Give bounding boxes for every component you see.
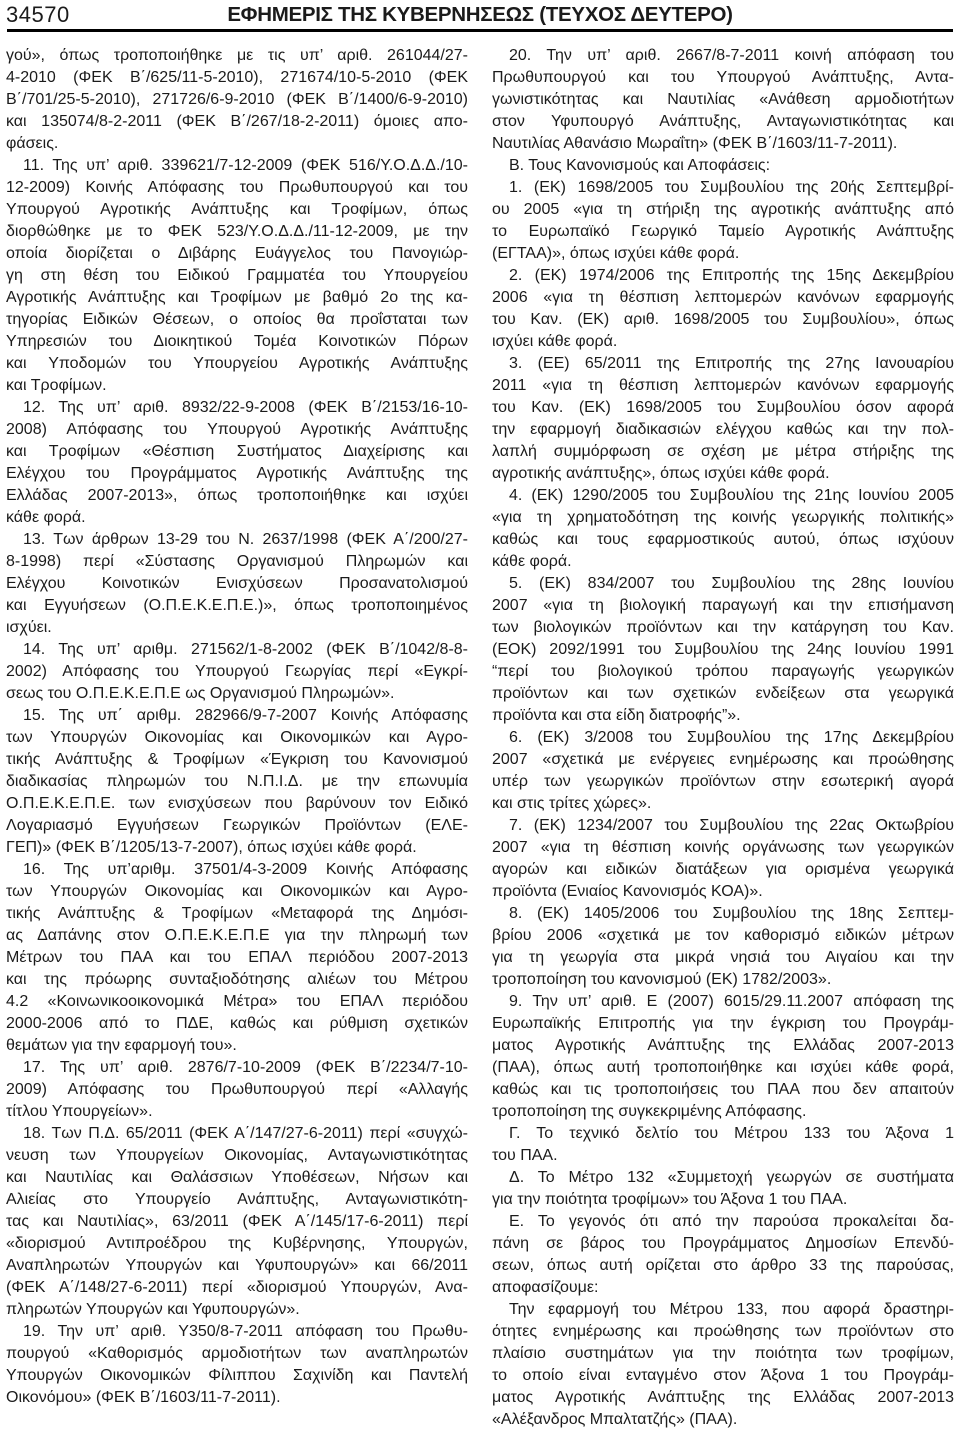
text-line: τίτλου Υπουργείων». bbox=[6, 1101, 468, 1123]
paragraph: 4. (ΕΚ) 1290/2005 του Συμβουλίου της 21η… bbox=[492, 485, 954, 573]
text-line: Ευρωπαϊκής Επιτροπής για την έγκριση του… bbox=[492, 1013, 954, 1035]
text-line: 2011 «για τη θέσπιση λεπτομερών κανόνων … bbox=[492, 375, 954, 397]
text-line: διορθώθηκε με το ΦΕΚ 523/Υ.Ο.Δ.Δ./11-12-… bbox=[6, 221, 468, 243]
page-title: ΕΦΗΜΕΡΙΣ ΤΗΣ ΚΥΒΕΡΝΗΣΕΩΣ (ΤΕΥΧΟΣ ΔΕΥΤΕΡΟ… bbox=[0, 3, 960, 27]
text-line: ισχύει κάθε φορά. bbox=[492, 331, 954, 353]
text-line: και 135074/8-2-2011 (ΦΕΚ Β΄/267/18-2-201… bbox=[6, 111, 468, 133]
text-line: Υπουργού Αγροτικής Ανάπτυξης και Τροφίμω… bbox=[6, 199, 468, 221]
text-line: Ε. Το γεγονός ότι από την παρούσα προκαλ… bbox=[492, 1211, 954, 1233]
text-line: 4. (ΕΚ) 1290/2005 του Συμβουλίου της 21η… bbox=[492, 485, 954, 507]
text-line: 9. Την υπ’ αριθ. Ε (2007) 6015/29.11.200… bbox=[492, 991, 954, 1013]
paragraph: 2. (ΕΚ) 1974/2006 της Επιτροπής της 15ης… bbox=[492, 265, 954, 353]
text-line: «για τη χρηματοδότηση της κοινής γεωργικ… bbox=[492, 507, 954, 529]
text-line: ας Δαπάνης στον Ο.Π.Ε.Κ.Ε.Π.Ε για την πλ… bbox=[6, 925, 468, 947]
text-line: 2007 «για τη θέσπιση κοινής οργάνωσης τω… bbox=[492, 837, 954, 859]
text-line: 20. Την υπ’ αριθ. 2667/8-7-2011 κοινή απ… bbox=[492, 45, 954, 67]
text-line: 16. Της υπ’αριθμ. 37501/4-3-2009 Κοινής … bbox=[6, 859, 468, 881]
text-line: βρίου 2006 «σχετικά με τον καθορισμό ειδ… bbox=[492, 925, 954, 947]
text-line: Την εφαρμογή του Μέτρου 133, που αφορά δ… bbox=[492, 1299, 954, 1321]
text-line: 2006 «για τη θέσπιση λεπτομερών κανόνων … bbox=[492, 287, 954, 309]
text-line: «Αλέξανδρος Μπαλτατζής» (ΠΑΑ). bbox=[492, 1409, 954, 1430]
paragraph: 5. (ΕΚ) 834/2007 του Συμβουλίου της 28ης… bbox=[492, 573, 954, 727]
text-line: γη στη θέση του Ειδικού Γραμματέα του Υπ… bbox=[6, 265, 468, 287]
text-line: και στις τρίτες χώρες». bbox=[492, 793, 954, 815]
text-line: Β΄/701/25-5-2010), 271726/6-9-2010 (ΦΕΚ … bbox=[6, 89, 468, 111]
paragraph: Την εφαρμογή του Μέτρου 133, που αφορά δ… bbox=[492, 1299, 954, 1430]
text-line: καθώς και τις τροποποιήσεις του ΠΑΑ που … bbox=[492, 1079, 954, 1101]
text-line: και της πρόωρης συνταξιοδότησης αλιέων τ… bbox=[6, 969, 468, 991]
text-line: 2000-2006 από το ΠΔΕ, καθώς και ρύθμιση … bbox=[6, 1013, 468, 1035]
text-line: προϊόντων και των σχετικών ενδείξεων στα… bbox=[492, 683, 954, 705]
text-line: για την ποιότητα τροφίμων» του Άξονα 1 τ… bbox=[492, 1189, 954, 1211]
text-line: Γ. Το τεχνικό δελτίο του Μέτρου 133 του … bbox=[492, 1123, 954, 1145]
text-line: στον Υφυπουργό Ανάπτυξης, Ανταγωνιστικότ… bbox=[492, 111, 954, 133]
text-line: ματος Αγροτικής Ανάπτυξης της Ελλάδας 20… bbox=[492, 1035, 954, 1057]
paragraph: γού», όπως τροποποιήθηκε με τις υπ’ αριθ… bbox=[6, 45, 468, 155]
text-line: τας και Ναυτιλίας», 63/2011 (ΦΕΚ Α΄/145/… bbox=[6, 1211, 468, 1233]
text-line: των Υπουργών Οικονομίας και Οικονομικών … bbox=[6, 881, 468, 903]
text-line: 14. Της υπ’ αριθμ. 271562/1-8-2002 (ΦΕΚ … bbox=[6, 639, 468, 661]
text-line: του Καν. (ΕΚ) αριθ. 1698/2005 του Συμβου… bbox=[492, 309, 954, 331]
text-line: 12. Της υπ’ αριθ. 8932/22-9-2008 (ΦΕΚ Β΄… bbox=[6, 397, 468, 419]
paragraph: 3. (ΕΕ) 65/2011 της Επιτροπής της 27ης Ι… bbox=[492, 353, 954, 485]
column-2: 20. Την υπ’ αριθ. 2667/8-7-2011 κοινή απ… bbox=[492, 45, 954, 1430]
gazette-page: 34570 ΕΦΗΜΕΡΙΣ ΤΗΣ ΚΥΒΕΡΝΗΣΕΩΣ (ΤΕΥΧΟΣ Δ… bbox=[0, 0, 960, 1430]
text-line: καθώς και τους εφαρμοστικούς αυτού, όπως… bbox=[492, 529, 954, 551]
paragraph: 8. (ΕΚ) 1405/2006 του Συμβουλίου της 18η… bbox=[492, 903, 954, 991]
text-line: ου 2005 «για τη στήριξη της αγροτικής αν… bbox=[492, 199, 954, 221]
page-header: 34570 ΕΦΗΜΕΡΙΣ ΤΗΣ ΚΥΒΕΡΝΗΣΕΩΣ (ΤΕΥΧΟΣ Δ… bbox=[0, 0, 960, 29]
text-line: γωνιστικότητας και Ναυτιλίας «Ανάθεση αρ… bbox=[492, 89, 954, 111]
text-line: το οποίο είναι ενταγμένο στον Άξονα 1 το… bbox=[492, 1365, 954, 1387]
text-line: Οικονόμου» (ΦΕΚ Β΄/1603/11-7-2011). bbox=[6, 1387, 468, 1409]
column-1: γού», όπως τροποποιήθηκε με τις υπ’ αριθ… bbox=[6, 45, 468, 1430]
text-line: πάνη σε βάρος του Προγράμματος Δημοσίων … bbox=[492, 1233, 954, 1255]
text-line: αποφασίζουμε: bbox=[492, 1277, 954, 1299]
text-line: και Υποδομών του Υπουργείου Αγροτικής Αν… bbox=[6, 353, 468, 375]
text-line: 2007 «σχετικά με ενέργειες ενημέρωσης κα… bbox=[492, 749, 954, 771]
text-line: και Ναυτιλίας και Θαλάσσιων Υποθέσεων, Ν… bbox=[6, 1167, 468, 1189]
text-line: 18. Των Π.Δ. 65/2011 (ΦΕΚ Α΄/147/27-6-20… bbox=[6, 1123, 468, 1145]
paragraph: 17. Της υπ’ αριθ. 2876/7-10-2009 (ΦΕΚ Β΄… bbox=[6, 1057, 468, 1123]
text-line: 4-2010 (ΦΕΚ Β΄/625/11-5-2010), 271674/10… bbox=[6, 67, 468, 89]
text-line: πλαίσιο συστημάτων για την ποιότητα των … bbox=[492, 1343, 954, 1365]
text-line: Ο.Π.Ε.Κ.Ε.Π.Ε. των ενισχύσεων που βαρύνο… bbox=[6, 793, 468, 815]
text-line: 2002) Απόφασης του Υπουργού Γεωργίας περ… bbox=[6, 661, 468, 683]
text-line: Ελέγχου Κοινοτικών Ενισχύσεων Προσανατολ… bbox=[6, 573, 468, 595]
text-line: 2008) Απόφασης του Υπουργού Αγροτικής Αν… bbox=[6, 419, 468, 441]
text-line: για τη γεωργία στα μικρά νησιά του Αιγαί… bbox=[492, 947, 954, 969]
paragraph: 16. Της υπ’αριθμ. 37501/4-3-2009 Κοινής … bbox=[6, 859, 468, 1057]
text-line: και Τροφίμων «Θέσπιση Συστήματος Διαχείρ… bbox=[6, 441, 468, 463]
text-line: του Καν. (ΕΚ) 1698/2005 του Συμβουλίου ό… bbox=[492, 397, 954, 419]
text-line: και Τροφίμων. bbox=[6, 375, 468, 397]
text-line: Ναυτιλίας Αθανάσιο Μωραΐτη» (ΦΕΚ Β΄/1603… bbox=[492, 133, 954, 155]
text-line: των Υπουργών Οικονομίας και Οικονομικών … bbox=[6, 727, 468, 749]
text-line: οποία διορίζεται ο Διβάρης Ευάγγελος του… bbox=[6, 243, 468, 265]
text-line: Λογαριασμό Εγγυήσεων Γεωργικών Προϊόντων… bbox=[6, 815, 468, 837]
paragraph: Ε. Το γεγονός ότι από την παρούσα προκαλ… bbox=[492, 1211, 954, 1299]
paragraph: 7. (ΕΚ) 1234/2007 του Συμβουλίου της 22α… bbox=[492, 815, 954, 903]
paragraph: 15. Της υπ΄ αριθμ. 282966/9-7-2007 Κοινή… bbox=[6, 705, 468, 859]
paragraph: Β. Τους Κανονισμούς και Αποφάσεις: bbox=[492, 155, 954, 177]
text-line: του ΠΑΑ. bbox=[492, 1145, 954, 1167]
paragraph: 13. Των άρθρων 13-29 του Ν. 2637/1998 (Φ… bbox=[6, 529, 468, 639]
text-line: Αναπληρωτών Υπουργών και Υφυπουργών» και… bbox=[6, 1255, 468, 1277]
paragraph: 11. Της υπ’ αριθ. 339621/7-12-2009 (ΦΕΚ … bbox=[6, 155, 468, 397]
text-line: υπέρ των γεωργικών προϊόντων στην εσωτερ… bbox=[492, 771, 954, 793]
text-line: (ΠΑΑ), όπως αυτή τροποποιήθηκε και ισχύε… bbox=[492, 1057, 954, 1079]
text-line: Πρωθυπουργού και του Υπουργού Ανάπτυξης,… bbox=[492, 67, 954, 89]
text-line: ματος Αγροτικής Ανάπτυξης της Ελλάδας 20… bbox=[492, 1387, 954, 1409]
text-line: την εφαρμογή διαδικασιών ελέγχου καθώς κ… bbox=[492, 419, 954, 441]
text-line: λαπλή συμμόρφωση σε σχέση με μέτρα στήρι… bbox=[492, 441, 954, 463]
text-line: 5. (ΕΚ) 834/2007 του Συμβουλίου της 28ης… bbox=[492, 573, 954, 595]
paragraph: Γ. Το τεχνικό δελτίο του Μέτρου 133 του … bbox=[492, 1123, 954, 1167]
text-line: Ελλάδας 2007-2013», όπως τροποποιήθηκε κ… bbox=[6, 485, 468, 507]
text-line: «διορισμού Αντιπροέδρου της Κυβέρνησης, … bbox=[6, 1233, 468, 1255]
text-line: κάθε φορά. bbox=[492, 551, 954, 573]
text-line: 2007 «για τη βιολογική παραγωγή και την … bbox=[492, 595, 954, 617]
paragraph: 20. Την υπ’ αριθ. 2667/8-7-2011 κοινή απ… bbox=[492, 45, 954, 155]
paragraph: 6. (ΕΚ) 3/2008 του Συμβουλίου της 17ης Δ… bbox=[492, 727, 954, 815]
text-line: 11. Της υπ’ αριθ. 339621/7-12-2009 (ΦΕΚ … bbox=[6, 155, 468, 177]
text-line: Αγροτικής Ανάπτυξης και Τροφίμων με βαθμ… bbox=[6, 287, 468, 309]
text-line: 7. (ΕΚ) 1234/2007 του Συμβουλίου της 22α… bbox=[492, 815, 954, 837]
text-line: πουργού «Καθορισμός αρμοδιοτήτων των ανα… bbox=[6, 1343, 468, 1365]
paragraph: Δ. Το Μέτρο 132 «Συμμετοχή γεωργών σε συ… bbox=[492, 1167, 954, 1211]
text-line: τικής Ανάπτυξης & Τροφίμων «Έγκριση του … bbox=[6, 749, 468, 771]
text-line: προϊόντα και στα είδη διατροφής”». bbox=[492, 705, 954, 727]
text-line: το Ευρωπαϊκό Γεωργικό Ταμείο Αγροτικής Α… bbox=[492, 221, 954, 243]
text-line: τροποποίηση του κανονισμού (ΕΚ) 1782/200… bbox=[492, 969, 954, 991]
text-line: τηγορίας Ειδικών Θέσεων, ο οποίος θα προ… bbox=[6, 309, 468, 331]
text-line: Ελέγχου του Προγράμματος Αγροτικής Ανάπτ… bbox=[6, 463, 468, 485]
text-line: σεων, όπως αυτή ορίζεται στο άρθρο 33 τη… bbox=[492, 1255, 954, 1277]
text-line: φάσεις. bbox=[6, 133, 468, 155]
text-line: 15. Της υπ΄ αριθμ. 282966/9-7-2007 Κοινή… bbox=[6, 705, 468, 727]
text-line: Δ. Το Μέτρο 132 «Συμμετοχή γεωργών σε συ… bbox=[492, 1167, 954, 1189]
text-line: γού», όπως τροποποιήθηκε με τις υπ’ αριθ… bbox=[6, 45, 468, 67]
text-line: 13. Των άρθρων 13-29 του Ν. 2637/1998 (Φ… bbox=[6, 529, 468, 551]
paragraph: 9. Την υπ’ αριθ. Ε (2007) 6015/29.11.200… bbox=[492, 991, 954, 1123]
text-line: 8. (ΕΚ) 1405/2006 του Συμβουλίου της 18η… bbox=[492, 903, 954, 925]
text-line: αγροτικής ανάπτυξης», όπως ισχύει κάθε φ… bbox=[492, 463, 954, 485]
paragraph: 18. Των Π.Δ. 65/2011 (ΦΕΚ Α΄/147/27-6-20… bbox=[6, 1123, 468, 1321]
text-line: 3. (ΕΕ) 65/2011 της Επιτροπής της 27ης Ι… bbox=[492, 353, 954, 375]
text-line: θεμάτων για την εφαρμογή του». bbox=[6, 1035, 468, 1057]
text-line: 17. Της υπ’ αριθ. 2876/7-10-2009 (ΦΕΚ Β΄… bbox=[6, 1057, 468, 1079]
text-line: 19. Την υπ’ αριθ. Υ350/8-7-2011 απόφαση … bbox=[6, 1321, 468, 1343]
text-line: 1. (ΕΚ) 1698/2005 του Συμβουλίου της 20ή… bbox=[492, 177, 954, 199]
text-line: και Εγγυήσεων (Ο.Π.Ε.Κ.Ε.Π.Ε.)», όπως τρ… bbox=[6, 595, 468, 617]
text-line: διαδικασίας πληρωμών του Ν.Π.Ι.Δ. με την… bbox=[6, 771, 468, 793]
text-line: 2. (ΕΚ) 1974/2006 της Επιτροπής της 15ης… bbox=[492, 265, 954, 287]
text-line: αγορών και ειδικών διατάξεων για ορισμέν… bbox=[492, 859, 954, 881]
text-line: σεως του Ο.Π.Ε.Κ.Ε.Π.Ε ως Οργανισμού Πλη… bbox=[6, 683, 468, 705]
text-line: (ΦΕΚ Α΄/148/27-6-2011) περί «διορισμού Υ… bbox=[6, 1277, 468, 1299]
paragraph: 14. Της υπ’ αριθμ. 271562/1-8-2002 (ΦΕΚ … bbox=[6, 639, 468, 705]
text-line: (ΕΓΤΑΑ)», όπως ισχύει κάθε φορά. bbox=[492, 243, 954, 265]
text-line: 8-1998) περί «Σύστασης Οργανισμού Πληρωμ… bbox=[6, 551, 468, 573]
text-line: ΓΕΠ)» (ΦΕΚ Β΄/1205/13-7-2007), όπως ισχύ… bbox=[6, 837, 468, 859]
document-columns: γού», όπως τροποποιήθηκε με τις υπ’ αριθ… bbox=[0, 32, 960, 1430]
paragraph: 12. Της υπ’ αριθ. 8932/22-9-2008 (ΦΕΚ Β΄… bbox=[6, 397, 468, 529]
text-line: ισχύει. bbox=[6, 617, 468, 639]
text-line: Υπουργών Οικονομικών Φίλιππου Σαχινίδη κ… bbox=[6, 1365, 468, 1387]
text-line: Αλιείας στο Υπουργείο Ανάπτυξης, Ανταγων… bbox=[6, 1189, 468, 1211]
text-line: τροποποίηση της συγκεκριμένης Απόφασης. bbox=[492, 1101, 954, 1123]
text-line: προϊόντα (Ενιαίος Κανονισμός ΚΟΑ)». bbox=[492, 881, 954, 903]
text-line: κάθε φορά. bbox=[6, 507, 468, 529]
text-line: (ΕΟΚ) 2092/1991 του Συμβουλίου της 24ης … bbox=[492, 639, 954, 661]
text-line: πληρωτών Υπουργών και Υφυπουργών». bbox=[6, 1299, 468, 1321]
text-line: ότητες ενημέρωσης και προώθησης των προϊ… bbox=[492, 1321, 954, 1343]
text-line: των βιολογικών προϊόντων και την κατάργη… bbox=[492, 617, 954, 639]
text-line: “περί του βιολογικού τρόπου παραγωγής γε… bbox=[492, 661, 954, 683]
text-line: 12-2009) Κοινής Απόφασης του Πρωθυπουργο… bbox=[6, 177, 468, 199]
text-line: Μέτρων του ΠΑΑ και του ΕΠΑΛ περιόδου 200… bbox=[6, 947, 468, 969]
text-line: νευση των Υπουργείων Οικονομίας, Ανταγων… bbox=[6, 1145, 468, 1167]
text-line: τικής Ανάπτυξης & Τροφίμων «Μεταφορά της… bbox=[6, 903, 468, 925]
text-line: 2009) Απόφασης του Πρωθυπουργού περί «Αλ… bbox=[6, 1079, 468, 1101]
text-line: Υπηρεσιών του Διοικητικού Τομέα Κοινοτικ… bbox=[6, 331, 468, 353]
text-line: 6. (ΕΚ) 3/2008 του Συμβουλίου της 17ης Δ… bbox=[492, 727, 954, 749]
paragraph: 19. Την υπ’ αριθ. Υ350/8-7-2011 απόφαση … bbox=[6, 1321, 468, 1409]
text-line: Β. Τους Κανονισμούς και Αποφάσεις: bbox=[492, 155, 954, 177]
text-line: 4.2 «Κοινωνικοοικονομικά Μέτρα» του ΕΠΑΛ… bbox=[6, 991, 468, 1013]
paragraph: 1. (ΕΚ) 1698/2005 του Συμβουλίου της 20ή… bbox=[492, 177, 954, 265]
